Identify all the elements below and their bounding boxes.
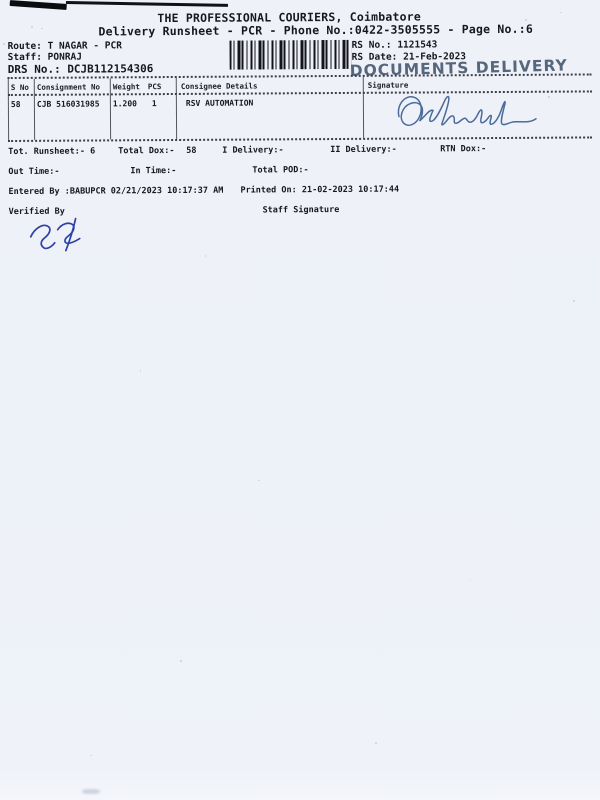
col-header-signature: Signature — [368, 81, 409, 90]
noise-speck — [548, 96, 550, 98]
out-time: Out Time:- — [8, 167, 59, 177]
total-dox-label: Total Dox:- — [118, 146, 174, 156]
cell-consignee-details: RSV AUTOMATION — [186, 99, 253, 108]
total-pod: Total POD:- — [252, 165, 308, 175]
scanned-delivery-runsheet: THE PROFESSIONAL COURIERS, Coimbatore De… — [0, 0, 600, 800]
printed-on-line: Printed On: 21-02-2023 10:17:44 — [240, 185, 399, 196]
staff-line: Staff: PONRAJ — [8, 52, 82, 63]
table-bottom-rule — [8, 136, 592, 142]
total-dox-value: 58 — [186, 146, 196, 156]
table-vline-consignment — [110, 78, 111, 139]
runsheet-subtitle: Delivery Runsheet - PCR - Phone No.:0422… — [98, 22, 533, 39]
scan-smudge — [82, 789, 100, 794]
cell-s-no: 58 — [11, 100, 21, 109]
ii-delivery: II Delivery:- — [330, 145, 397, 155]
tot-runsheet: Tot. Runsheet:- 6 — [8, 146, 95, 157]
noise-speck — [258, 480, 260, 481]
noise-speck — [140, 370, 141, 372]
col-header-weight: Weight — [113, 82, 140, 91]
noise-speck — [205, 255, 206, 257]
barcode-icon — [230, 40, 352, 70]
noise-speck — [573, 300, 575, 302]
col-header-sno: S No — [11, 83, 29, 92]
consignee-signature-icon — [390, 90, 540, 135]
table-vline-pcs — [176, 78, 177, 139]
noise-speck — [525, 19, 527, 21]
verified-by-signature-icon — [25, 214, 95, 254]
staff-signature-label: Staff Signature — [263, 205, 340, 215]
cell-pcs: 1 — [152, 99, 157, 108]
col-header-pcs: PCS — [148, 82, 162, 91]
noise-speck — [560, 12, 562, 13]
noise-speck — [31, 26, 33, 28]
route-line: Route: T NAGAR - PCR — [8, 40, 122, 52]
cell-consignment-no: CJB 516031985 — [37, 99, 100, 108]
in-time: In Time:- — [130, 166, 176, 176]
drs-no-line: DRS No.: DCJB112154306 — [8, 62, 154, 76]
col-header-consignment-no: Consignment No — [37, 82, 100, 91]
col-header-consignee-details: Consignee Details — [181, 81, 258, 90]
entered-by-line: Entered By :BABUPCR 02/21/2023 10:17:37 … — [8, 186, 223, 197]
rtn-dox: RTN Dox:- — [440, 144, 486, 154]
table-vline-signature — [363, 77, 364, 138]
noise-speck — [375, 742, 377, 744]
noise-speck — [180, 660, 182, 662]
table-vline-left — [8, 79, 9, 140]
cell-weight: 1.200 — [113, 99, 137, 108]
rs-no-line: RS No.: 1121543 — [352, 39, 438, 51]
i-delivery: I Delivery:- — [222, 145, 283, 155]
noise-speck — [90, 755, 92, 756]
noise-speck — [470, 580, 471, 581]
noise-speck — [41, 28, 43, 29]
noise-speck — [3, 43, 5, 45]
table-vline-sno — [34, 79, 35, 140]
